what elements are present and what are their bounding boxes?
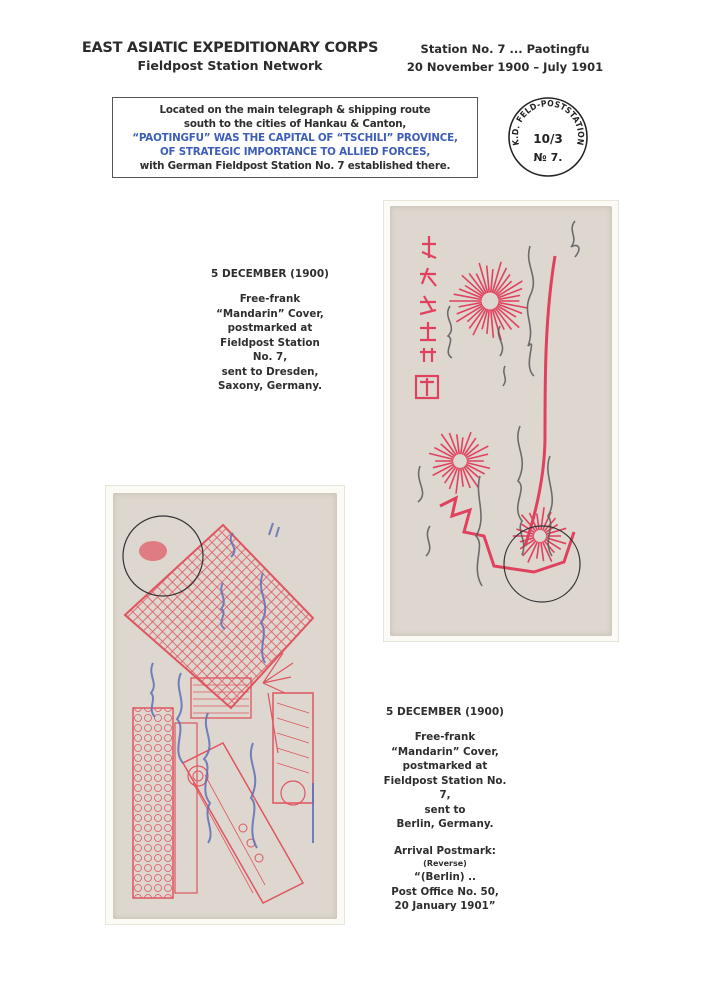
arrival-title: Arrival Postmark: xyxy=(380,844,510,859)
info-line-5: with German Fieldpost Station No. 7 esta… xyxy=(113,159,477,173)
svg-text:10/3: 10/3 xyxy=(533,132,562,146)
page-header: EAST ASIATIC EXPEDITIONARY CORPS Fieldpo… xyxy=(70,40,390,73)
info-line-2: south to the cities of Hankau & Canton, xyxy=(113,117,477,131)
info-line-1: Located on the main telegraph & shipping… xyxy=(113,103,477,117)
caption-line: “Mandarin” Cover, xyxy=(195,307,345,322)
cover-1-date: 5 DECEMBER (1900) xyxy=(195,268,345,280)
cover-1-caption: 5 DECEMBER (1900) Free-frank “Mandarin” … xyxy=(195,268,345,394)
postmark-icon: K.D. FELD-POSTSTATION 10/3 № 7. xyxy=(506,95,590,179)
cover-2-image xyxy=(113,493,337,919)
cover-2-date: 5 DECEMBER (1900) xyxy=(380,706,510,718)
caption-line: Free-frank xyxy=(380,730,510,745)
postmark-illustration: K.D. FELD-POSTSTATION 10/3 № 7. xyxy=(506,95,590,179)
cover-1-image xyxy=(390,206,612,636)
svg-text:№ 7.: № 7. xyxy=(534,151,563,164)
caption-line: Free-frank xyxy=(195,292,345,307)
mandarin-flower-illustration xyxy=(390,206,612,636)
info-line-3: “PAOTINGFU” WAS THE CAPITAL OF “TSCHILI”… xyxy=(113,131,477,145)
page-subtitle: Fieldpost Station Network xyxy=(70,58,390,73)
station-name: Station No. 7 ... Paotingfu xyxy=(405,42,605,56)
mandarin-pattern-illustration xyxy=(113,493,337,919)
info-box: Located on the main telegraph & shipping… xyxy=(112,97,478,178)
caption-line: sent to Dresden, xyxy=(195,365,345,380)
caption-line: Berlin, Germany. xyxy=(380,817,510,832)
arrival-line: “(Berlin) .. xyxy=(380,870,510,885)
cover-2-caption: 5 DECEMBER (1900) Free-frank “Mandarin” … xyxy=(380,706,510,914)
caption-line: “Mandarin” Cover, xyxy=(380,745,510,760)
station-period: 20 November 1900 – July 1901 xyxy=(405,60,605,74)
station-header: Station No. 7 ... Paotingfu 20 November … xyxy=(405,42,605,74)
arrival-line: 20 January 1901” xyxy=(380,899,510,914)
caption-line: Fieldpost Station xyxy=(195,336,345,351)
arrival-line: Post Office No. 50, xyxy=(380,885,510,900)
caption-line: Fieldpost Station No. 7, xyxy=(380,774,510,803)
arrival-note: (Reverse) xyxy=(380,858,510,870)
caption-line: No. 7, xyxy=(195,350,345,365)
caption-line: Saxony, Germany. xyxy=(195,379,345,394)
info-line-4: OF STRATEGIC IMPORTANCE TO ALLIED FORCES… xyxy=(113,145,477,159)
caption-line: postmarked at xyxy=(380,759,510,774)
page-title: EAST ASIATIC EXPEDITIONARY CORPS xyxy=(70,40,390,56)
caption-line: sent to xyxy=(380,803,510,818)
caption-line: postmarked at xyxy=(195,321,345,336)
